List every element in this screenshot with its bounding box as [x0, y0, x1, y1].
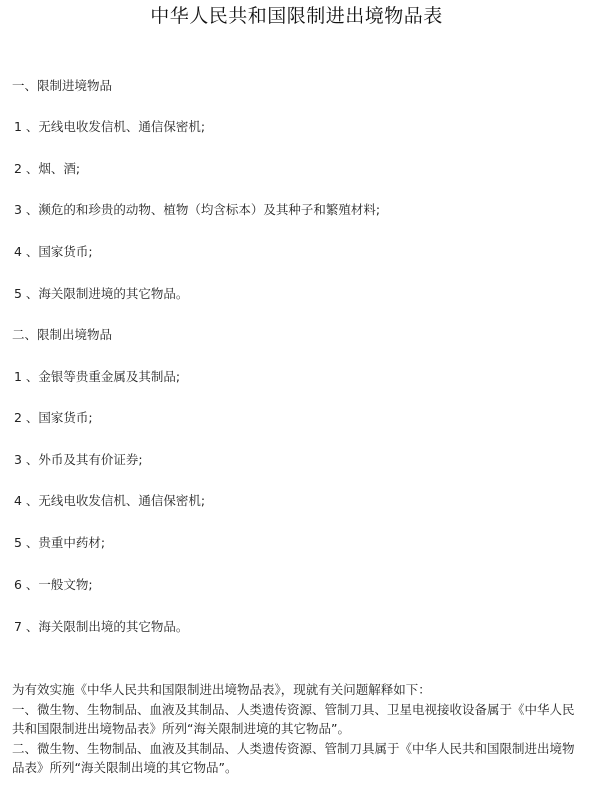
- list-item: 1 、金银等贵重金属及其制品;: [14, 368, 180, 386]
- page-title: 中华人民共和国限制进出境物品表: [0, 4, 593, 28]
- list-item: 2 、国家货币;: [14, 409, 93, 427]
- list-item: 4 、无线电收发信机、通信保密机;: [14, 492, 205, 510]
- list-item: 5 、贵重中药材;: [14, 534, 105, 552]
- list-item: 3 、外币及其有价证券;: [14, 451, 143, 469]
- list-item: 5 、海关限制进境的其它物品。: [14, 285, 188, 303]
- section-heading-export: 二、限制出境物品: [12, 326, 112, 344]
- list-item: 2 、烟、酒;: [14, 160, 80, 178]
- list-item: 4 、国家货币;: [14, 243, 93, 261]
- list-item: 7 、海关限制出境的其它物品。: [14, 618, 188, 636]
- list-item: 6 、一般文物;: [14, 576, 93, 594]
- notes-intro: 为有效实施《中华人民共和国限制进出境物品表》，现就有关问题解释如下：: [12, 680, 584, 700]
- section-heading-import: 一、限制进境物品: [12, 77, 112, 95]
- notes-paragraph: 一、微生物、生物制品、血液及其制品、人类遗传资源、管制刀具、卫星电视接收设备属于…: [12, 700, 584, 739]
- notes-paragraph: 二、微生物、生物制品、血液及其制品、人类遗传资源、管制刀具属于《中华人民共和国限…: [12, 739, 584, 778]
- list-item: 3 、濒危的和珍贵的动物、植物（均含标本）及其种子和繁殖材料;: [14, 201, 380, 219]
- list-item: 1 、无线电收发信机、通信保密机;: [14, 118, 205, 136]
- explanatory-notes: 为有效实施《中华人民共和国限制进出境物品表》，现就有关问题解释如下： 一、微生物…: [12, 680, 584, 778]
